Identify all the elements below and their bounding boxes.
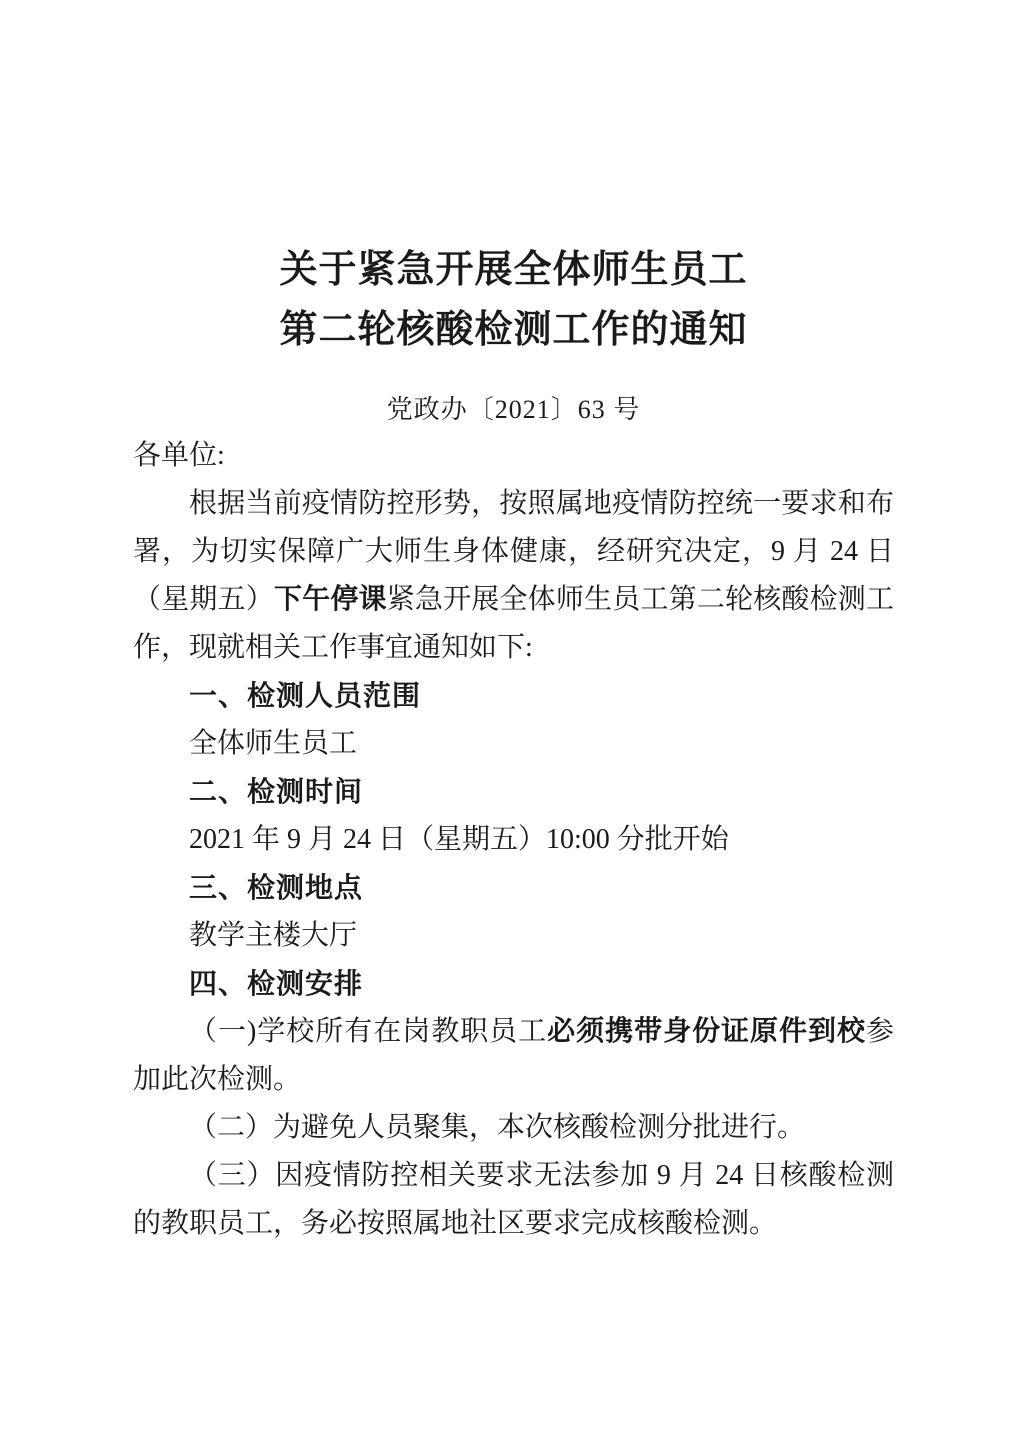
section-2-body: 2021 年 9 月 24 日（星期五）10:00 分批开始: [133, 816, 894, 864]
arrangement-item-2: （二）为避免人员聚集，本次核酸检测分批进行。: [133, 1104, 894, 1152]
document-title: 关于紧急开展全体师生员工 第二轮核酸检测工作的通知: [133, 0, 894, 360]
section-3-heading: 三、检测地点: [133, 864, 894, 912]
arrangement-item-1: （一)学校所有在岗教职员工必须携带身份证原件到校参加此次检测。: [133, 1008, 894, 1104]
arrangement-item-1-segment-1: （一)学校所有在岗教职员工: [189, 1016, 547, 1047]
arrangement-item-3: （三）因疫情防控相关要求无法参加 9 月 24 日核酸检测的教职员工，务必按照属…: [133, 1152, 894, 1248]
arrangement-item-1-segment-bold: 必须携带身份证原件到校: [547, 1016, 866, 1047]
document-page: 关于紧急开展全体师生员工 第二轮核酸检测工作的通知 党政办〔2021〕63 号 …: [0, 0, 1024, 1448]
salutation: 各单位:: [133, 432, 894, 480]
intro-segment-bold: 下午停课: [274, 584, 387, 615]
section-4-heading: 四、检测安排: [133, 960, 894, 1008]
document-number: 党政办〔2021〕63 号: [133, 392, 894, 428]
section-1-heading: 一、检测人员范围: [133, 672, 894, 720]
section-1-body: 全体师生员工: [133, 720, 894, 768]
title-line-2: 第二轮核酸检测工作的通知: [133, 300, 894, 360]
title-line-1: 关于紧急开展全体师生员工: [133, 240, 894, 300]
section-2-heading: 二、检测时间: [133, 768, 894, 816]
section-3-body: 教学主楼大厅: [133, 912, 894, 960]
intro-paragraph: 根据当前疫情防控形势，按照属地疫情防控统一要求和布署，为切实保障广大师生身体健康…: [133, 480, 894, 672]
